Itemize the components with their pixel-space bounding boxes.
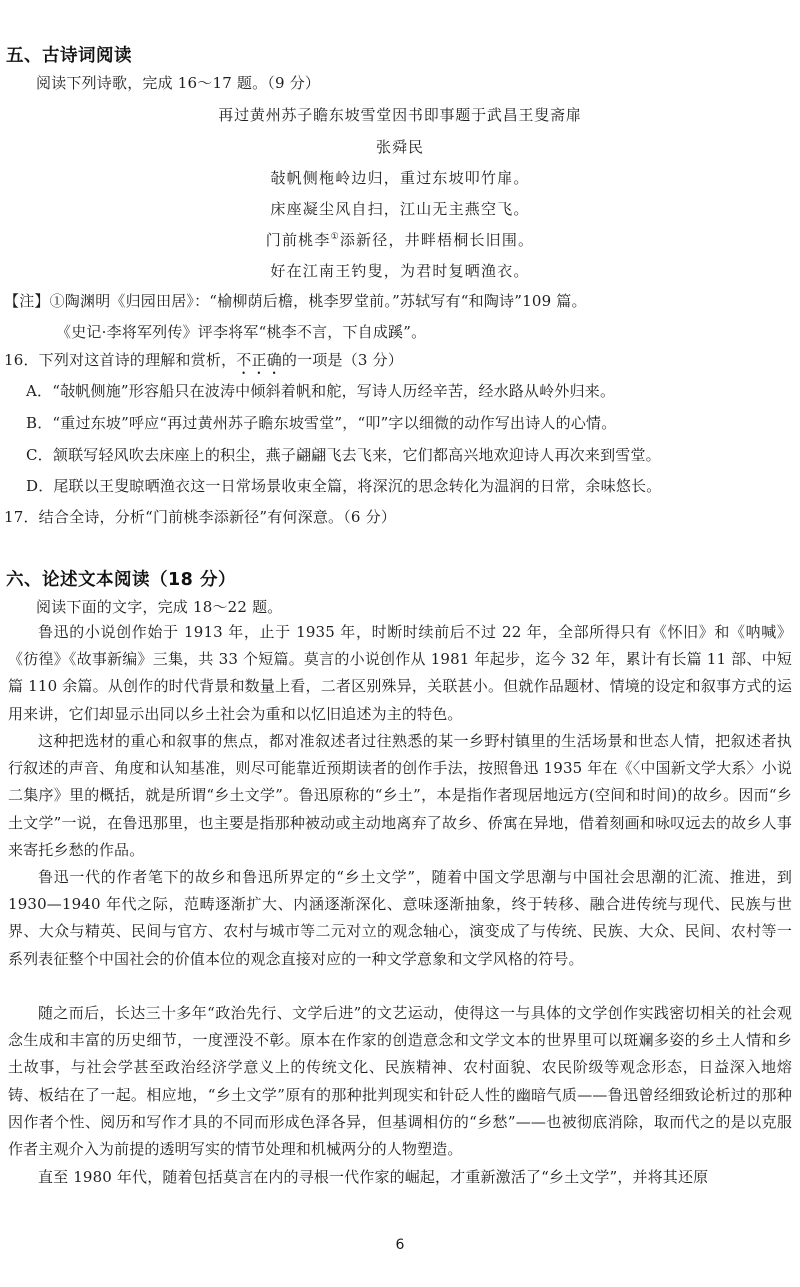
note-text-1: ①陶渊明《归园田居》：“榆柳荫后檐，桃李罗堂前。”苏轼写有“和陶诗”109 篇。: [50, 292, 587, 310]
poem-line-4: 好在江南王钓叟，为君时复晒渔衣。: [0, 260, 800, 281]
section-6-title: 六、论述文本阅读（18 分）: [6, 566, 236, 591]
section-5-instruction: 阅读下列诗歌，完成 16～17 题。（9 分）: [36, 72, 320, 93]
paragraph-4: 随之而后，长达三十多年“政治先行、文学后进”的文艺运动，使得这一与具体的文学创作…: [8, 1000, 792, 1163]
q16-suffix: 的一项是（3 分）: [282, 351, 403, 369]
q16-option-c: C．颔联写轻风吹去床座上的积尘，燕子翩翩飞去飞来，它们都高兴地欢迎诗人再次来到雪…: [26, 444, 661, 465]
q16-option-d: D．尾联以王叟晾晒渔衣这一日常场景收束全篇，将深沉的思念转化为温润的日常，余味悠…: [26, 475, 661, 496]
paragraph-2: 这种把选材的重心和叙事的焦点，都对准叙述者过往熟悉的某一乡野村镇里的生活场景和世…: [8, 728, 792, 864]
paragraph-5: 直至 1980 年代，随着包括莫言在内的寻根一代作家的崛起，才重新激活了“乡土文…: [8, 1164, 792, 1191]
question-17: 17．结合全诗，分析“门前桃李添新径”有何深意。（6 分）: [4, 506, 396, 527]
q16-option-b: B．“重过东坡”呼应“再过黄州苏子瞻东坡雪堂”，“叩”字以细微的动作写出诗人的心…: [26, 412, 616, 433]
poem-line-3: 门前桃李①添新径，井畔梧桐长旧围。: [0, 229, 800, 250]
poem-line-3-end: 添新径，井畔梧桐长旧围。: [340, 231, 534, 249]
note-line-2: 《史记·李将军列传》评李将军“桃李不言，下自成蹊”。: [56, 321, 426, 342]
poem-title: 再过黄州苏子瞻东坡雪堂因书即事题于武昌王叟斋扉: [0, 104, 800, 125]
question-16: 16．下列对这首诗的理解和赏析，不正确的一项是（3 分）: [4, 349, 403, 378]
q16-prefix: 16．下列对这首诗的理解和赏析，: [4, 351, 236, 369]
paragraph-3: 鲁迅一代的作者笔下的故乡和鲁迅所界定的“乡土文学”，随着中国文学思潮与中国社会思…: [8, 864, 792, 973]
q16-emphasis: 不正确: [236, 351, 282, 369]
note-line-1: 【注】①陶渊明《归园田居》：“榆柳荫后檐，桃李罗堂前。”苏轼写有“和陶诗”109…: [4, 290, 587, 311]
paragraph-1: 鲁迅的小说创作始于 1913 年，止于 1935 年，时断时续前后不过 22 年…: [8, 619, 792, 728]
page-number: 6: [0, 1237, 800, 1253]
poem-line-1: 敧帆侧柂岭边归，重过东坡叩竹扉。: [0, 167, 800, 188]
poem-line-3-start: 门前桃李: [266, 231, 331, 249]
exam-page: 五、古诗词阅读 阅读下列诗歌，完成 16～17 题。（9 分） 再过黄州苏子瞻东…: [0, 0, 800, 1287]
q16-option-a: A．“敧帆侧施”形容船只在波涛中倾斜着帆和舵，写诗人历经辛苦，经水路从岭外归来。: [26, 380, 615, 401]
section-6-instruction: 阅读下面的文字，完成 18～22 题。: [36, 596, 283, 617]
poem-line-2: 床座凝尘风自扫，江山无主燕空飞。: [0, 198, 800, 219]
section-5-title: 五、古诗词阅读: [6, 42, 132, 67]
note-label: 【注】: [4, 292, 50, 310]
poem-author: 张舜民: [0, 136, 800, 157]
footnote-mark: ①: [331, 232, 340, 242]
